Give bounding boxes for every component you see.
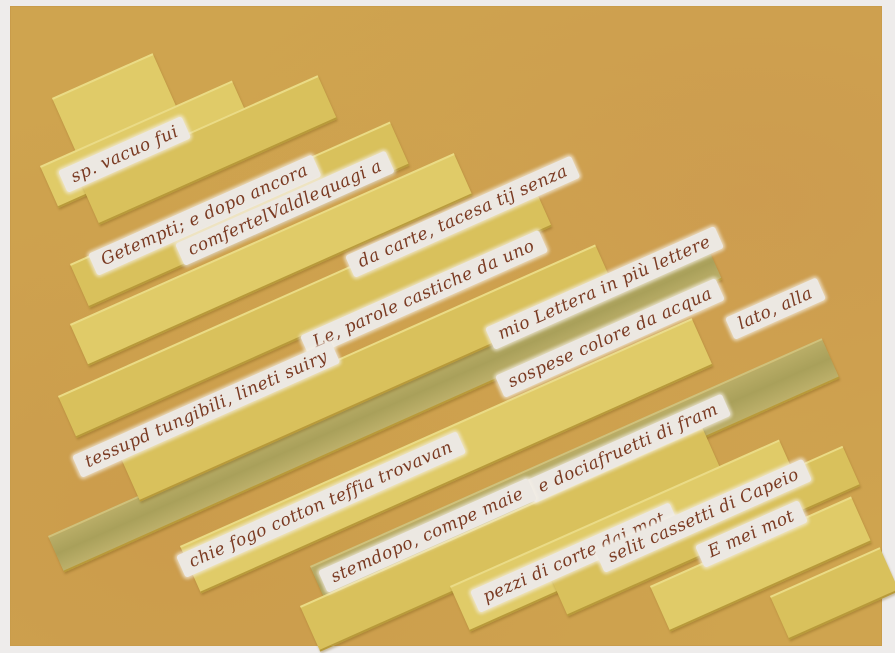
artwork-ground-paper: sp. vacuo fui Getempti; e dopo ancora co… xyxy=(10,6,882,646)
handwritten-fragment: lato, alla xyxy=(725,277,826,339)
